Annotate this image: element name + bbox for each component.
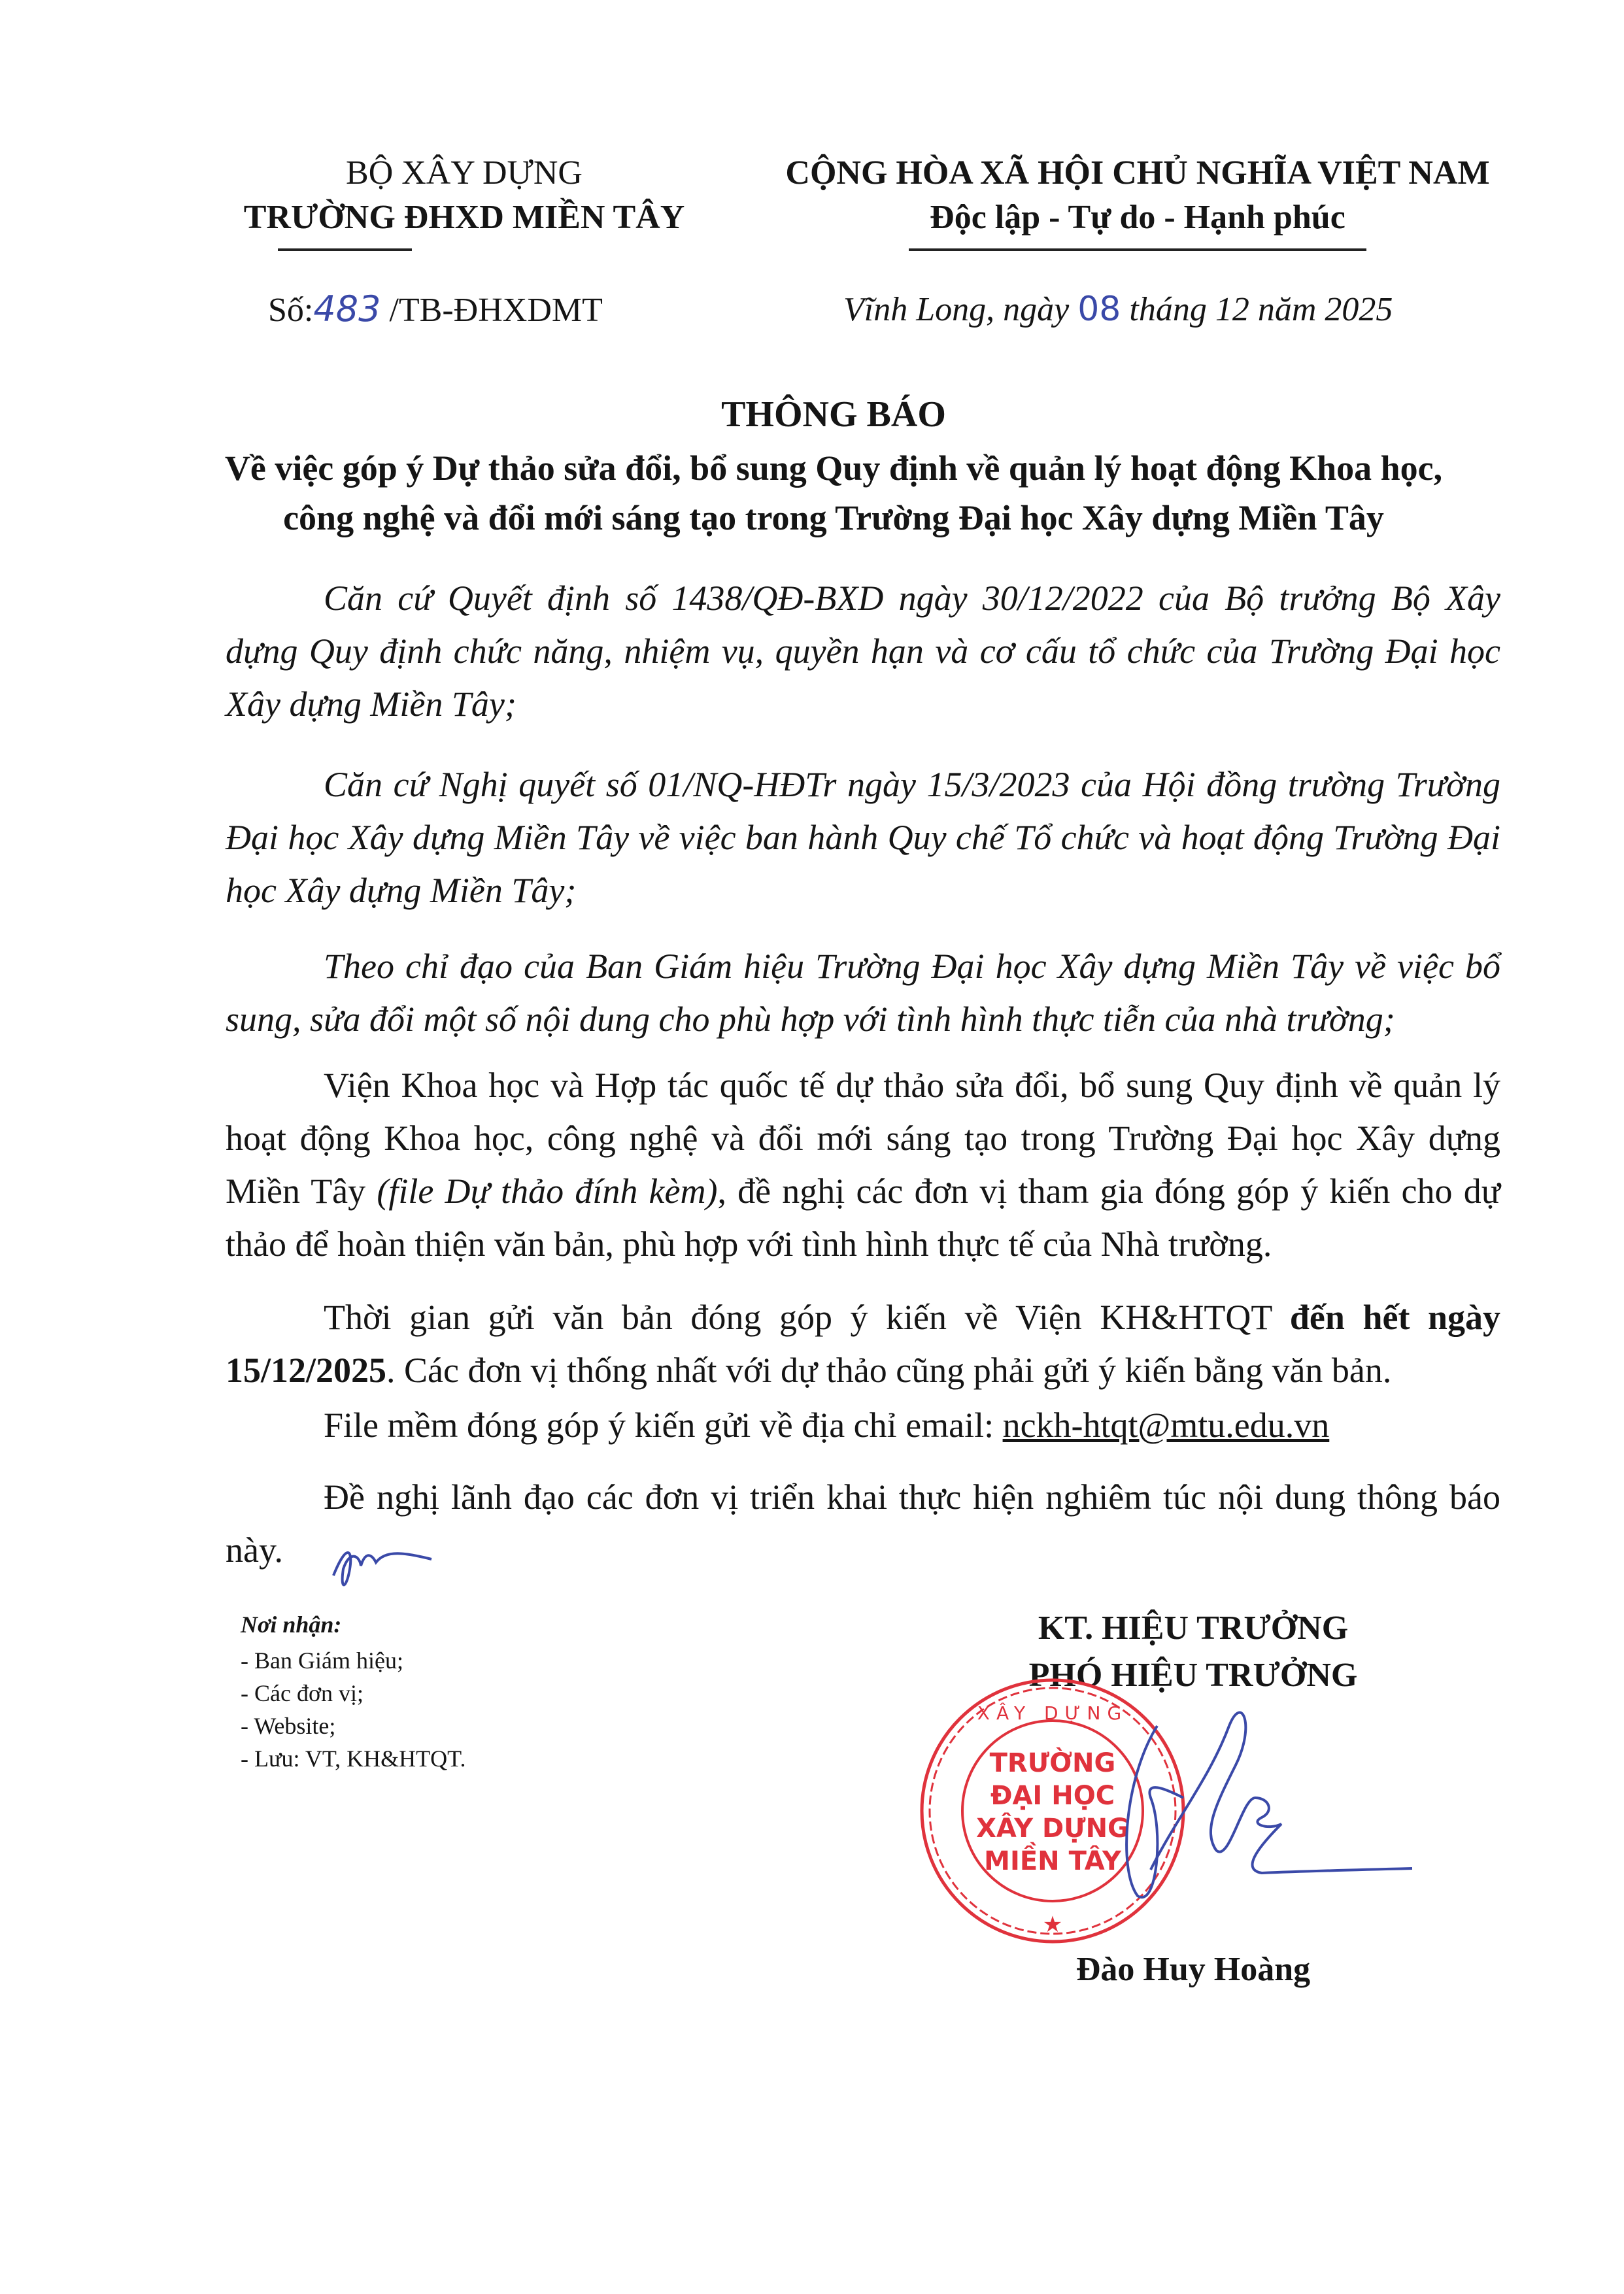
recipient-item: - Website; [241,1710,465,1742]
stamp-line: ĐẠI HỌC [990,1781,1115,1811]
attachment-note: (file Dự thảo đính kèm) [377,1172,717,1211]
paragraph-email: File mềm đóng góp ý kiến gửi về địa chỉ … [226,1399,1500,1452]
stamp-ring-text: XÂY DỰNG [977,1702,1128,1724]
stamp-star-icon: ★ [1043,1912,1062,1938]
place-date: Vĩnh Long, ngày 08 tháng 12 năm 2025 [843,288,1563,331]
document-type: THÔNG BÁO [196,394,1471,435]
date-prefix: Vĩnh Long, ngày [843,291,1077,328]
para2-text: Thời gian gửi văn bản đóng góp ý kiến về… [324,1298,1290,1337]
email-link[interactable]: nckh-htqt@mtu.edu.vn [1003,1406,1330,1445]
legal-basis-3: Theo chỉ đạo của Ban Giám hiệu Trường Đạ… [226,940,1500,1046]
legal-basis-2: Căn cứ Nghị quyết số 01/NQ-HĐTr ngày 15/… [226,758,1500,917]
signature-title-1: KT. HIỆU TRƯỞNG [948,1607,1438,1650]
para2-text-end: . Các đơn vị thống nhất với dự thảo cũng… [386,1351,1391,1390]
stamp-line: TRƯỜNG [990,1747,1116,1778]
school-underline [278,248,412,251]
recipients-list: - Ban Giám hiệu; - Các đơn vị; - Website… [241,1644,465,1775]
motto-underline [909,248,1366,251]
recipient-item: - Ban Giám hiệu; [241,1644,465,1677]
nation-name: CỘNG HÒA XÃ HỘI CHỦ NGHĨA VIỆT NAM [752,152,1523,195]
initials-signature [320,1530,464,1595]
paragraph-deadline: Thời gian gửi văn bản đóng góp ý kiến về… [226,1291,1500,1397]
number-suffix: /TB-ĐHXDMT [381,292,602,329]
national-motto: Độc lập - Tự do - Hạnh phúc [752,196,1523,239]
number-label: Số: [268,292,313,329]
date-day-handwritten: 08 [1077,290,1121,329]
stamp-line: MIỀN TÂY [984,1841,1122,1876]
ministry-name: BỘ XÂY DỰNG [216,152,713,195]
paragraph-draft-request: Viện Khoa học và Hợp tác quốc tế dự thảo… [226,1059,1500,1271]
recipient-item: - Lưu: VT, KH&HTQT. [241,1742,465,1775]
recipient-item: - Các đơn vị; [241,1677,465,1710]
document-subject-line1: Về việc góp ý Dự thảo sửa đổi, bổ sung Q… [163,442,1504,494]
document-number: Số:483 /TB-ĐHXDMT [268,288,726,332]
signatory-name: Đào Huy Hoàng [948,1948,1438,1991]
handwritten-signature [1111,1700,1425,1909]
legal-basis-1: Căn cứ Quyết định số 1438/QĐ-BXD ngày 30… [226,572,1500,731]
para3-text: File mềm đóng góp ý kiến gửi về địa chỉ … [324,1406,1003,1445]
recipients-heading: Nơi nhận: [241,1608,341,1641]
stamp-line: XÂY DỰNG [976,1812,1129,1844]
document-subject-line2: công nghệ và đổi mới sáng tạo trong Trườ… [163,492,1504,544]
school-name: TRƯỜNG ĐHXD MIỀN TÂY [216,196,713,239]
number-handwritten: 483 [313,288,381,329]
date-suffix: tháng 12 năm 2025 [1121,291,1393,328]
